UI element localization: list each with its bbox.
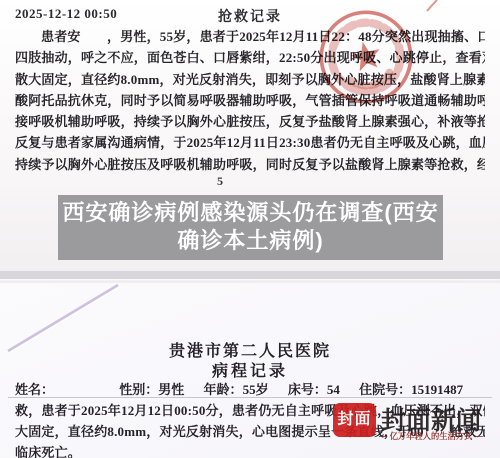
field-name: 姓名：	[15, 379, 100, 398]
rescue-record-document: 2025-12-12 00:50 抢救记录 患者安 ，男性，55岁，患者于202…	[0, 0, 500, 195]
cover-news-badge-icon: 封面	[333, 403, 376, 437]
record-line: 持续予以胸外心脏按压及呼吸机辅助呼吸，同时反复予以盐酸肾上腺素等抢救，经过上述抢	[15, 154, 485, 175]
progress-note-title: 病程记录	[0, 358, 500, 381]
cover-news-logo: 封面 封面新闻 — 亿万年轻人的生活方式 —	[333, 401, 493, 443]
cover-news-tagline: — 亿万年轻人的生活方式 —	[379, 430, 483, 442]
official-seal-stamp	[314, 5, 418, 109]
field-gender: 性别：男性	[119, 379, 184, 398]
record-line: 接呼吸机辅助呼吸，持续予以胸外心脏按压，反复予盐酸肾上腺素强心，补液等抢救措施，	[15, 111, 485, 132]
headline-line: 确诊本土病例)	[58, 227, 443, 255]
star-icon	[348, 39, 383, 73]
patient-info-row: 姓名： 性别：男性 年龄：55岁 床号：54 住院号：15191487	[15, 379, 485, 396]
page-number: 5	[0, 174, 440, 189]
photo-gap-divider	[0, 271, 500, 279]
middle-strip: 西安确诊病例感染源头仍在调查(西安 确诊本土病例)	[0, 195, 500, 283]
note-line: 临床死亡。	[15, 442, 485, 458]
news-headline-banner: 西安确诊病例感染源头仍在调查(西安 确诊本土病例)	[58, 195, 443, 260]
field-age: 年龄：55岁	[204, 379, 269, 398]
form-rule-line	[8, 397, 492, 398]
field-admission-number: 住院号：15191487	[359, 379, 463, 398]
screenshot-root: 2025-12-12 00:50 抢救记录 患者安 ，男性，55岁，患者于202…	[0, 0, 500, 458]
progress-note-document: 贵港市第二人民医院 病程记录 姓名： 性别：男性 年龄：55岁 床号：54 住院…	[0, 283, 500, 458]
headline-line: 西安确诊病例感染源头仍在调查(西安	[58, 199, 443, 227]
record-line: 反复与患者家属沟通病情，于2025年12月11日23:30患者仍无自主呼吸及心跳…	[15, 132, 485, 153]
field-bed-number: 床号：54	[288, 379, 340, 398]
seal-fragment-icon	[424, 0, 440, 12]
